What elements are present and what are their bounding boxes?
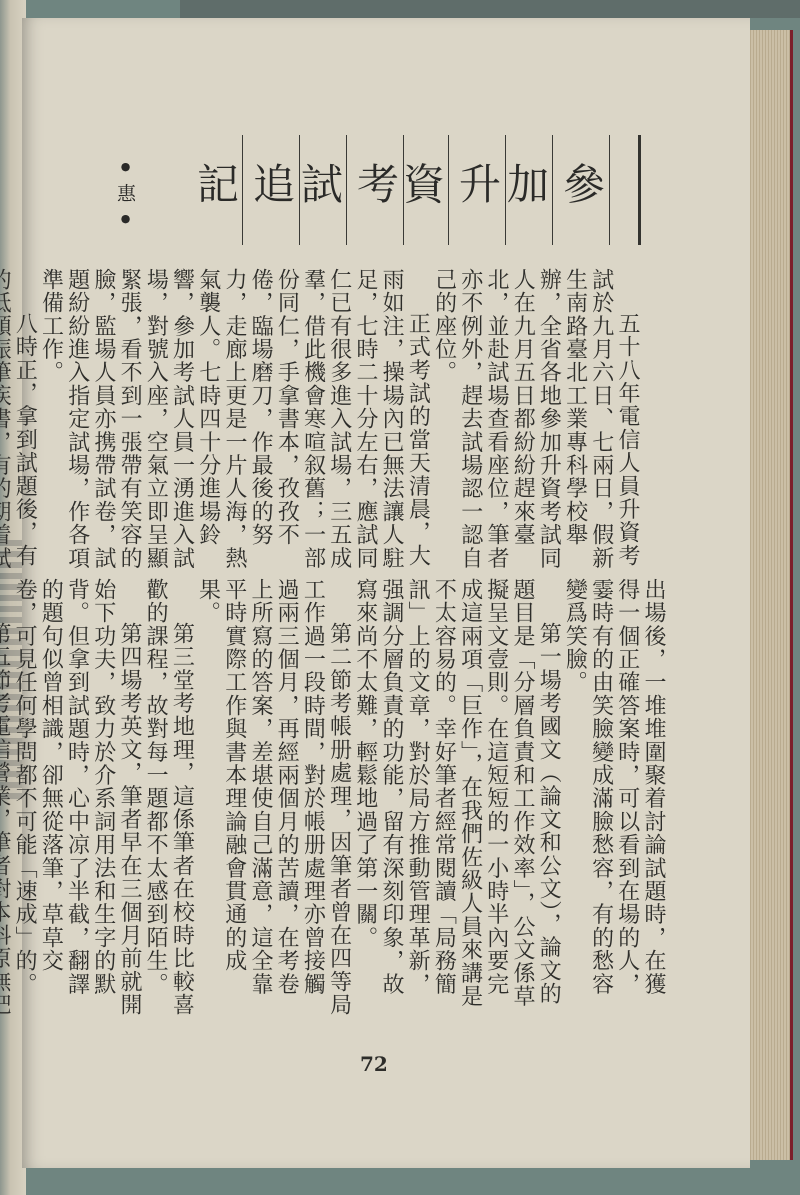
title-column-2: 升資: [448, 135, 506, 245]
title-column-4: 追記: [242, 135, 300, 245]
bullet-icon: ●: [119, 160, 132, 175]
page-stack-edge: [748, 30, 793, 1160]
article-body-top: 五十八年電信人員升資考試於九月六日、七兩日，假新生南路臺北工業專科學校舉辦，全省…: [58, 268, 640, 588]
background-top: [180, 0, 800, 18]
paragraph: 第三堂考地理，這係筆者在校時比較喜歡的課程，故對每一題都不太感到陌生。: [142, 578, 194, 1018]
title-column-1: 參加: [552, 135, 610, 245]
paragraph: 第五節考電信營業，筆者對本科原無把握，當拿到試題時，仔細一瞧，心中礁石頓時落地，…: [0, 578, 11, 1018]
author-byline: ● 惠 ●: [112, 160, 139, 227]
title-rule: [638, 135, 641, 245]
page-number: 72: [360, 1052, 388, 1076]
paragraph: 正式考試的當天清晨，大雨如注，操場內已無法讓人駐足，七時二十分左右，應試同仁已有…: [37, 268, 430, 588]
paragraph: 第一場考國文（論文和公文），論文的題目是「分層負責和工作效率」，公文係草擬呈文壹…: [352, 578, 562, 1018]
paragraph: 出場後，一堆堆圍聚着討論試題時，在獲得一個正確答案時，可以看到在場的人，霎時有的…: [561, 578, 666, 1018]
article-title: 參加 升資 考試 追記: [230, 135, 640, 245]
bullet-icon: ●: [119, 212, 132, 227]
paragraph: 第四場考英文，筆者早在三個月前就開始下功夫，致力於介系詞用法和生字的默背。但拿到…: [11, 578, 142, 1018]
title-column-3: 考試: [346, 135, 404, 245]
paragraph: 五十八年電信人員升資考試於九月六日、七兩日，假新生南路臺北工業專科學校舉辦，全省…: [430, 268, 640, 588]
article-body-bottom: 出場後，一堆堆圍聚着討論試題時，在獲得一個正確答案時，可以看到在場的人，霎時有的…: [58, 578, 666, 1018]
paragraph: 第二節考帳册處理，因筆者曾在四等局工作過一段時間，對於帳册處理亦曾接觸過兩三個月…: [194, 578, 351, 1018]
author-name: 惠: [114, 183, 136, 204]
paragraph: 八時正，拿到試題後，有的低頭振筆疾書，有的朝着試卷發呆，有的唉聲嘆氣，有的神情輕…: [0, 268, 37, 588]
